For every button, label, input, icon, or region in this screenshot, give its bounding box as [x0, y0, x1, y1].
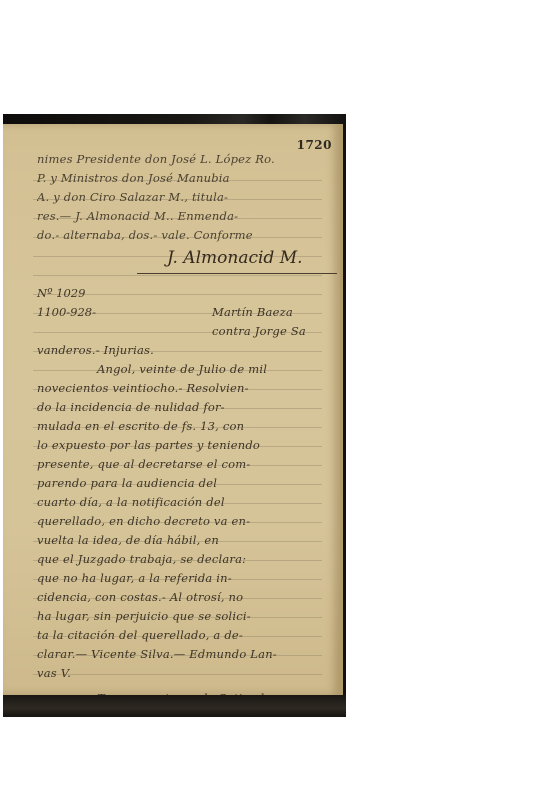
ledger-book: 1720 nimes Presidente don José L. López … [3, 114, 346, 717]
entry-body-line: ta la citación del querellado, a de- [37, 626, 327, 645]
book-top-edge [3, 114, 346, 124]
previous-entry-line: nimes Presidente don José L. López Ro. [37, 150, 327, 169]
judge-signature: J. Almonacid M. [37, 245, 327, 271]
previous-entry-line: do.- alternaba, dos.- vale. Conforme [37, 226, 327, 245]
entry-body-line: do la incidencia de nulidad for- [37, 398, 327, 417]
book-bottom-edge [3, 695, 346, 717]
entry-body-line: Angol, veinte de Julio de mil [37, 360, 327, 379]
entry-body-line: ha lugar, sin perjuicio que se solici- [37, 607, 327, 626]
entry-body-line: cidencia, con costas.- Al otrosí, no [37, 588, 327, 607]
entry-caption-continuation: vanderos.- Injurias. [37, 341, 327, 360]
entry-body-line: parendo para la audiencia del [37, 474, 327, 493]
entry-body-line: novecientos veintiocho.- Resolvien- [37, 379, 327, 398]
entry-body-line: mulada en el escrito de fs. 13, con [37, 417, 327, 436]
previous-entry-line: A. y don Ciro Salazar M., titula- [37, 188, 327, 207]
entry-body-line: lo expuesto por las partes y teniendo [37, 436, 327, 455]
previous-entry-line: P. y Ministros don José Manubia [37, 169, 327, 188]
entry-caption-line: contra Jorge Sa [37, 322, 327, 341]
entry-body-line: vuelta la idea, de día hábil, en [37, 531, 327, 550]
entry-body-line: cuarto día, a la notificación del [37, 493, 327, 512]
document-viewer: 1720 nimes Presidente don José L. López … [0, 0, 533, 800]
entry-body-line: clarar.— Vicente Silva.— Edmundo Lan- [37, 645, 327, 664]
entry-number: Nº 1029 [37, 284, 327, 303]
ledger-page: 1720 nimes Presidente don José L. López … [3, 124, 343, 695]
previous-entry-line: res.— J. Almonacid M.. Enmenda- [37, 207, 327, 226]
signature-underline [137, 273, 337, 274]
entry-body-line: que el Juzgado trabaja, se declara: [37, 550, 327, 569]
entry-body-line: querellado, en dicho decreto va en- [37, 512, 327, 531]
entry-body-line: vas V. [37, 664, 327, 683]
entry-body-line: que no ha lugar, a la referida in- [37, 569, 327, 588]
entry-body-line: presente, que al decretarse el com- [37, 455, 327, 474]
handwritten-text: nimes Presidente don José L. López Ro. P… [37, 150, 327, 695]
